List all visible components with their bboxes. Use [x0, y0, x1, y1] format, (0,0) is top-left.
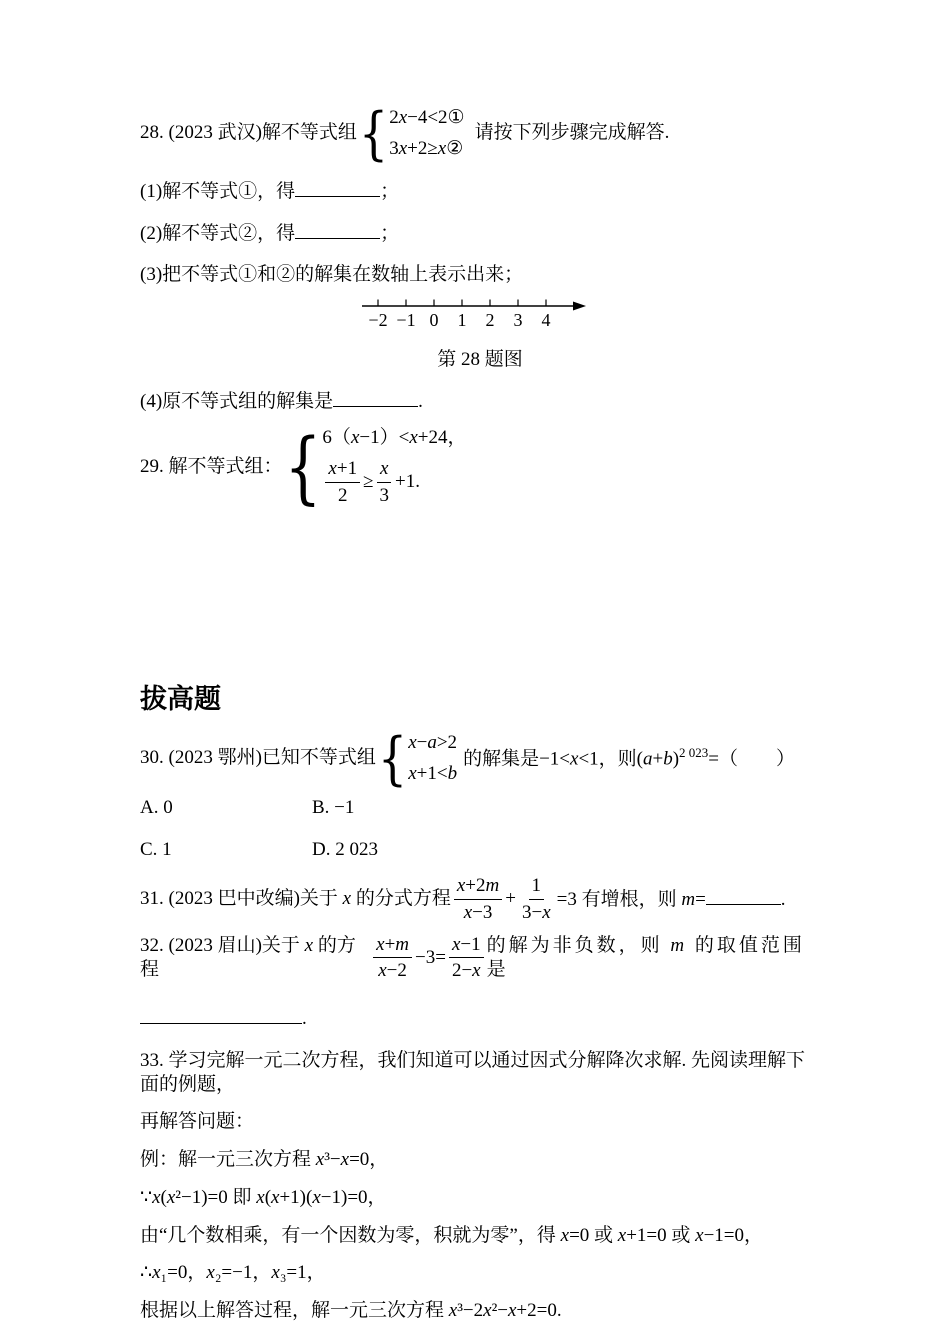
end-punct: .: [781, 889, 786, 910]
problem-29: 29. 解不等式组： { 6（x−1）<x+24， x+1 2 ≥ x 3 +1…: [140, 426, 820, 507]
problem-31-tail: =3 有增根，则 m=.: [557, 886, 786, 912]
number-line-figure: −2 −1 0 1 2 3 4: [140, 297, 820, 344]
option-d: D. 2 023: [312, 838, 560, 862]
relation-sign: ≥: [363, 470, 373, 494]
tick-label: 0: [430, 310, 439, 330]
problem-28-lead: 28. (2023 武汉)解不等式组: [140, 121, 357, 145]
problem-28-statement: 28. (2023 武汉)解不等式组 { 2x−4<2① 3x+2≥x② 请按下…: [140, 106, 820, 161]
problem-30: 30. (2023 鄂州)已知不等式组 { x−a>2 x+1<b 的解集是−1…: [140, 731, 820, 786]
answer-blank: [706, 886, 781, 905]
problem-32-question: 的解为非负数，则 m 的取值范围是: [487, 934, 820, 982]
fraction-numerator: x+1: [325, 457, 360, 483]
answer-blank: [295, 178, 380, 197]
solution-set-text: 的解集是−1<x<1，则(a+b): [463, 749, 679, 770]
fraction-denominator: 2: [335, 483, 351, 508]
inequality-2: x+1 2 ≥ x 3 +1.: [322, 457, 466, 508]
inequality-1: 2x−4<2①: [389, 106, 464, 130]
inequality-2-tail: +1.: [395, 470, 420, 494]
problem-30-options: A. 0 B. −1 C. 1 D. 2 023: [140, 796, 560, 863]
inequality-1: x−a>2: [408, 731, 457, 755]
fraction-denominator: 2−x: [449, 958, 484, 983]
system-brace: {: [285, 428, 322, 506]
example-roots: ∴x₁=0，x₂=−1，x₃=1，: [140, 1261, 820, 1285]
problem-30-question: 的解集是−1<x<1，则(a+b)2 023=（ ）: [463, 745, 795, 771]
step-4-punct: .: [418, 391, 423, 412]
plus-sign: +: [505, 887, 516, 911]
example-equation: 例：解一元三次方程 x³−x=0，: [140, 1148, 820, 1172]
axis-arrow-icon: [573, 301, 586, 310]
problem-28-step-4: (4)原不等式组的解集是.: [140, 388, 820, 414]
example-factoring: ∵x(x²−1)=0 即 x(x+1)(x−1)=0，: [140, 1186, 820, 1210]
option-a: A. 0: [140, 796, 312, 820]
example-reasoning: 由“几个数相乘，有一个因数为零，积就为零”，得 x=0 或 x+1=0 或 x−…: [140, 1224, 820, 1248]
fraction: x−1 2−x: [449, 933, 484, 984]
problem-28-step-1: (1)解不等式①，得；: [140, 178, 820, 204]
section-heading: 拔高题: [140, 685, 820, 715]
problem-28: 28. (2023 武汉)解不等式组 { 2x−4<2① 3x+2≥x② 请按下…: [140, 106, 820, 414]
fraction-numerator: x+m: [373, 933, 412, 959]
tick-label: −1: [396, 310, 415, 330]
fraction-denominator: x−2: [375, 958, 410, 983]
answer-blank: [333, 388, 418, 407]
tick-label: 1: [458, 310, 467, 330]
problem-29-lead: 29. 解不等式组：: [140, 455, 283, 479]
system-brace: {: [359, 105, 388, 163]
problem-28-step-2: (2)解不等式②，得；: [140, 220, 820, 246]
step-2-punct: ；: [380, 223, 399, 244]
answer-blank: [140, 1005, 302, 1024]
equation-tail: =3 有增根，则 m=: [557, 889, 706, 910]
problem-31-lead: 31. (2023 巴中改编)关于 x 的分式方程: [140, 887, 451, 911]
problem-33-intro-line-1: 33. 学习完解一元二次方程，我们知道可以通过因式分解降次求解. 先阅读理解下面…: [140, 1049, 820, 1097]
equation-mid: −3=: [415, 946, 446, 970]
step-1-punct: ；: [380, 181, 399, 202]
figure-caption: 第 28 题图: [140, 348, 820, 372]
answer-parens: =（ ）: [708, 749, 795, 770]
fraction-denominator: x−3: [461, 900, 496, 925]
fraction-denominator: 3−x: [519, 900, 554, 925]
inequality-2: 3x+2≥x②: [389, 137, 464, 161]
problem-32-answer-line: .: [140, 1005, 820, 1031]
fraction: 1 3−x: [519, 874, 554, 925]
problem-32: 32. (2023 眉山)关于 x 的方程 x+m x−2 −3= x−1 2−…: [140, 933, 820, 984]
step-1-text: (1)解不等式①，得: [140, 181, 295, 202]
option-c: C. 1: [140, 838, 312, 862]
problem-30-lead: 30. (2023 鄂州)已知不等式组: [140, 746, 376, 770]
end-punct: .: [302, 1008, 307, 1029]
inequality-1: 6（x−1）<x+24，: [322, 426, 466, 450]
problem-31: 31. (2023 巴中改编)关于 x 的分式方程 x+2m x−3 + 1 3…: [140, 874, 820, 925]
step-4-text: (4)原不等式组的解集是: [140, 391, 333, 412]
problem-28-instruction: 请按下列步骤完成解答.: [475, 121, 670, 145]
exponent: 2 023: [679, 745, 708, 760]
tick-label: 3: [514, 310, 523, 330]
problem-32-lead: 32. (2023 眉山)关于 x 的方程: [140, 934, 370, 982]
fraction-denominator: 3: [377, 483, 393, 508]
fraction: x+m x−2: [373, 933, 412, 984]
option-b: B. −1: [312, 796, 560, 820]
worksheet-page: 28. (2023 武汉)解不等式组 { 2x−4<2① 3x+2≥x② 请按下…: [0, 0, 950, 1323]
step-2-text: (2)解不等式②，得: [140, 223, 295, 244]
inequality-system-30: x−a>2 x+1<b: [408, 731, 457, 786]
fraction-numerator: x+2m: [454, 874, 502, 900]
tick-label: 4: [542, 310, 551, 330]
inequality-2: x+1<b: [408, 762, 457, 786]
fraction: x+1 2: [325, 457, 360, 508]
problem-33-intro-line-2: 再解答问题：: [140, 1110, 820, 1134]
answer-blank: [295, 220, 380, 239]
fraction: x+2m x−3: [454, 874, 502, 925]
problem-33: 33. 学习完解一元二次方程，我们知道可以通过因式分解降次求解. 先阅读理解下面…: [140, 1049, 820, 1323]
tick-label: 2: [486, 310, 495, 330]
number-line-axis: −2 −1 0 1 2 3 4: [360, 297, 600, 337]
system-brace: {: [378, 730, 407, 788]
problem-28-step-3: (3)把不等式①和②的解集在数轴上表示出来；: [140, 263, 820, 287]
tick-label: −2: [368, 310, 387, 330]
inequality-system-28: 2x−4<2① 3x+2≥x②: [389, 106, 464, 161]
fraction-numerator: x: [377, 457, 391, 483]
fraction-numerator: 1: [529, 874, 545, 900]
fraction: x 3: [377, 457, 393, 508]
fraction-numerator: x−1: [449, 933, 484, 959]
problem-33-task: 根据以上解答过程，解一元三次方程 x³−2x²−x+2=0.: [140, 1299, 820, 1323]
inequality-system-29: 6（x−1）<x+24， x+1 2 ≥ x 3 +1.: [322, 426, 466, 507]
